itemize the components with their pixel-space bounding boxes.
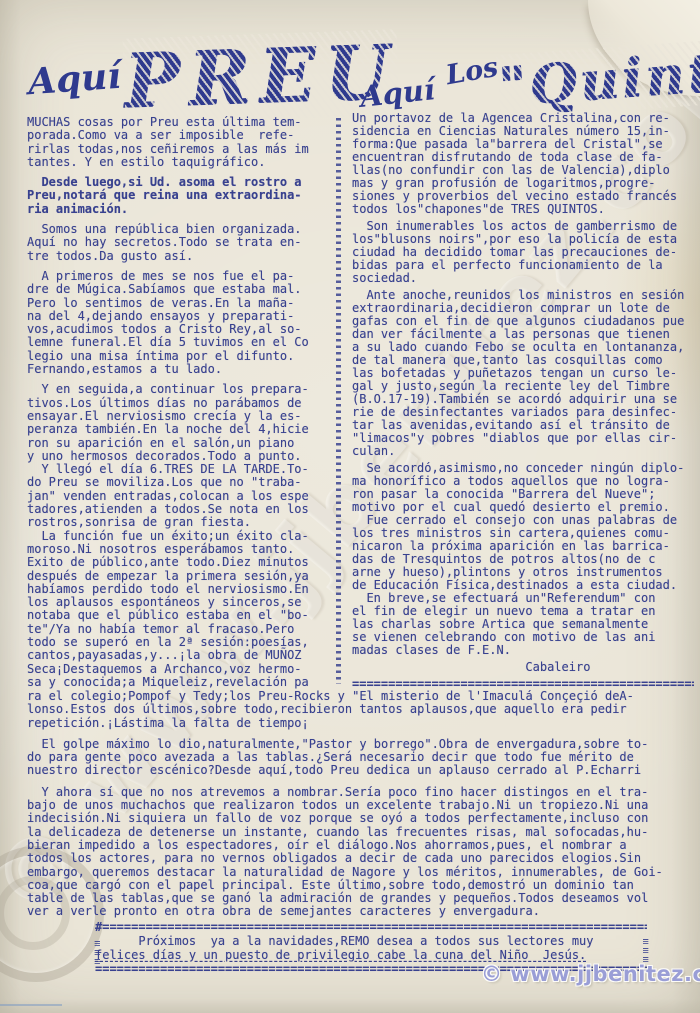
paragraph: Y ahora sí que no nos atrevemos a nombra… [27, 786, 693, 919]
right-column-paragraphs: Un portavoz de la Agencea Cristalina,con… [352, 112, 694, 657]
full-width-section: ra el colegio;Pompof y Tedy;los Preu-Roc… [27, 690, 693, 927]
right-column: Un portavoz de la Agencea Cristalina,con… [352, 112, 694, 695]
paragraph: MUCHAS cosas por Preu esta última tem- p… [27, 116, 339, 169]
title-word-preu: PREU [123, 29, 400, 125]
title-word-los: Los [444, 52, 501, 92]
title-word-preu-text: PREU [123, 29, 400, 125]
footer-line-2: felices días y un puesto de privilegio c… [95, 948, 647, 962]
newsletter-page: © www.jjbenitez.com Aquí PREU Aquí Los "… [0, 0, 700, 1013]
paragraph: Desde luego,si Ud. asoma el rostro a Pre… [27, 176, 339, 216]
title-word-aqui-2: Aquí [358, 72, 436, 114]
paragraph: Se acordó,asimismo,no conceder ningún di… [352, 462, 694, 657]
footer-line-1: Próximos ya a la navidades,REMO desea a … [95, 934, 647, 948]
page-bottom-edge [0, 999, 700, 1013]
watermark-logo: © www.jjbenitez.com [481, 962, 700, 986]
paragraph: Un portavoz de la Agencea Cristalina,con… [352, 112, 694, 216]
signature: Cabaleiro [352, 661, 694, 674]
paragraph: Son inumerables los actos de gamberrismo… [352, 220, 694, 285]
bottom-blue-line [0, 1004, 62, 1006]
title-word-aqui-1: Aquí [27, 55, 123, 103]
paragraph: ra el colegio;Pompof y Tedy;los Preu-Roc… [27, 690, 693, 730]
paragraph: Somos una república bien organizada. Aqu… [27, 223, 339, 263]
footer-border-top: #=======================================… [95, 920, 647, 934]
footer-side-left: ≡ ≡ ≡ [94, 941, 101, 968]
left-column: MUCHAS cosas por Preu esta última tem- p… [27, 116, 339, 696]
column-divider [336, 118, 341, 684]
paragraph: Y en seguida,a continuar los prepara- ti… [27, 383, 339, 689]
paragraph: A primeros de mes se nos fue el pa- dre … [27, 270, 339, 376]
title-word-quintos-text: "Quintos" [496, 33, 700, 119]
paragraph: Ante anoche,reunidos los ministros en se… [352, 289, 694, 458]
paragraph: El golpe máximo lo dio,naturalmente,"Pas… [27, 738, 693, 778]
title-word-quintos: "Quintos" [496, 33, 700, 119]
